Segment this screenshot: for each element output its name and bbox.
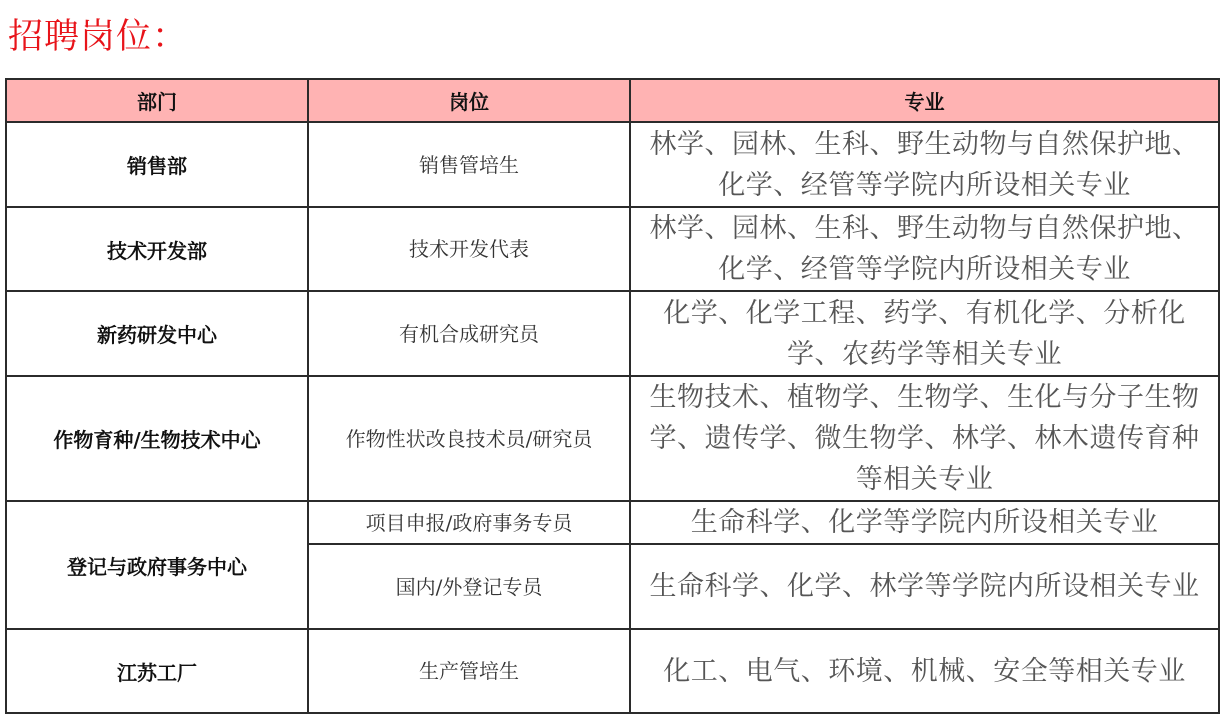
major-cell: 林学、园林、生科、野生动物与自然保护地、化学、经管等学院内所设相关专业	[630, 122, 1219, 207]
position-cell: 销售管培生	[308, 122, 630, 207]
department-cell: 新药研发中心	[6, 291, 308, 376]
table-row: 江苏工厂 生产管培生 化工、电气、环境、机械、安全等相关专业	[6, 629, 1219, 713]
position-cell: 项目申报/政府事务专员	[308, 501, 630, 544]
table-row: 作物育种/生物技术中心 作物性状改良技术员/研究员 生物技术、植物学、生物学、生…	[6, 376, 1219, 501]
table-header-row: 部门 岗位 专业	[6, 79, 1219, 122]
table-row: 销售部 销售管培生 林学、园林、生科、野生动物与自然保护地、化学、经管等学院内所…	[6, 122, 1219, 207]
major-cell: 生物技术、植物学、生物学、生化与分子生物学、遗传学、微生物学、林学、林木遗传育种…	[630, 376, 1219, 501]
department-cell: 江苏工厂	[6, 629, 308, 713]
position-cell: 国内/外登记专员	[308, 544, 630, 629]
department-cell: 登记与政府事务中心	[6, 501, 308, 629]
major-cell: 生命科学、化学、林学等学院内所设相关专业	[630, 544, 1219, 629]
major-cell: 化工、电气、环境、机械、安全等相关专业	[630, 629, 1219, 713]
position-cell: 有机合成研究员	[308, 291, 630, 376]
major-cell: 化学、化学工程、药学、有机化学、分析化学、农药学等相关专业	[630, 291, 1219, 376]
position-cell: 技术开发代表	[308, 207, 630, 291]
table-row: 登记与政府事务中心 项目申报/政府事务专员 生命科学、化学等学院内所设相关专业	[6, 501, 1219, 544]
header-position: 岗位	[308, 79, 630, 122]
page-title: 招聘岗位：	[8, 14, 188, 60]
major-cell: 林学、园林、生科、野生动物与自然保护地、化学、经管等学院内所设相关专业	[630, 207, 1219, 291]
header-major: 专业	[630, 79, 1219, 122]
position-cell: 生产管培生	[308, 629, 630, 713]
department-cell: 销售部	[6, 122, 308, 207]
table-row: 技术开发部 技术开发代表 林学、园林、生科、野生动物与自然保护地、化学、经管等学…	[6, 207, 1219, 291]
position-cell: 作物性状改良技术员/研究员	[308, 376, 630, 501]
table-row: 新药研发中心 有机合成研究员 化学、化学工程、药学、有机化学、分析化学、农药学等…	[6, 291, 1219, 376]
header-department: 部门	[6, 79, 308, 122]
recruitment-table: 部门 岗位 专业 销售部 销售管培生 林学、园林、生科、野生动物与自然保护地、化…	[5, 78, 1220, 714]
department-cell: 技术开发部	[6, 207, 308, 291]
major-cell: 生命科学、化学等学院内所设相关专业	[630, 501, 1219, 544]
department-cell: 作物育种/生物技术中心	[6, 376, 308, 501]
